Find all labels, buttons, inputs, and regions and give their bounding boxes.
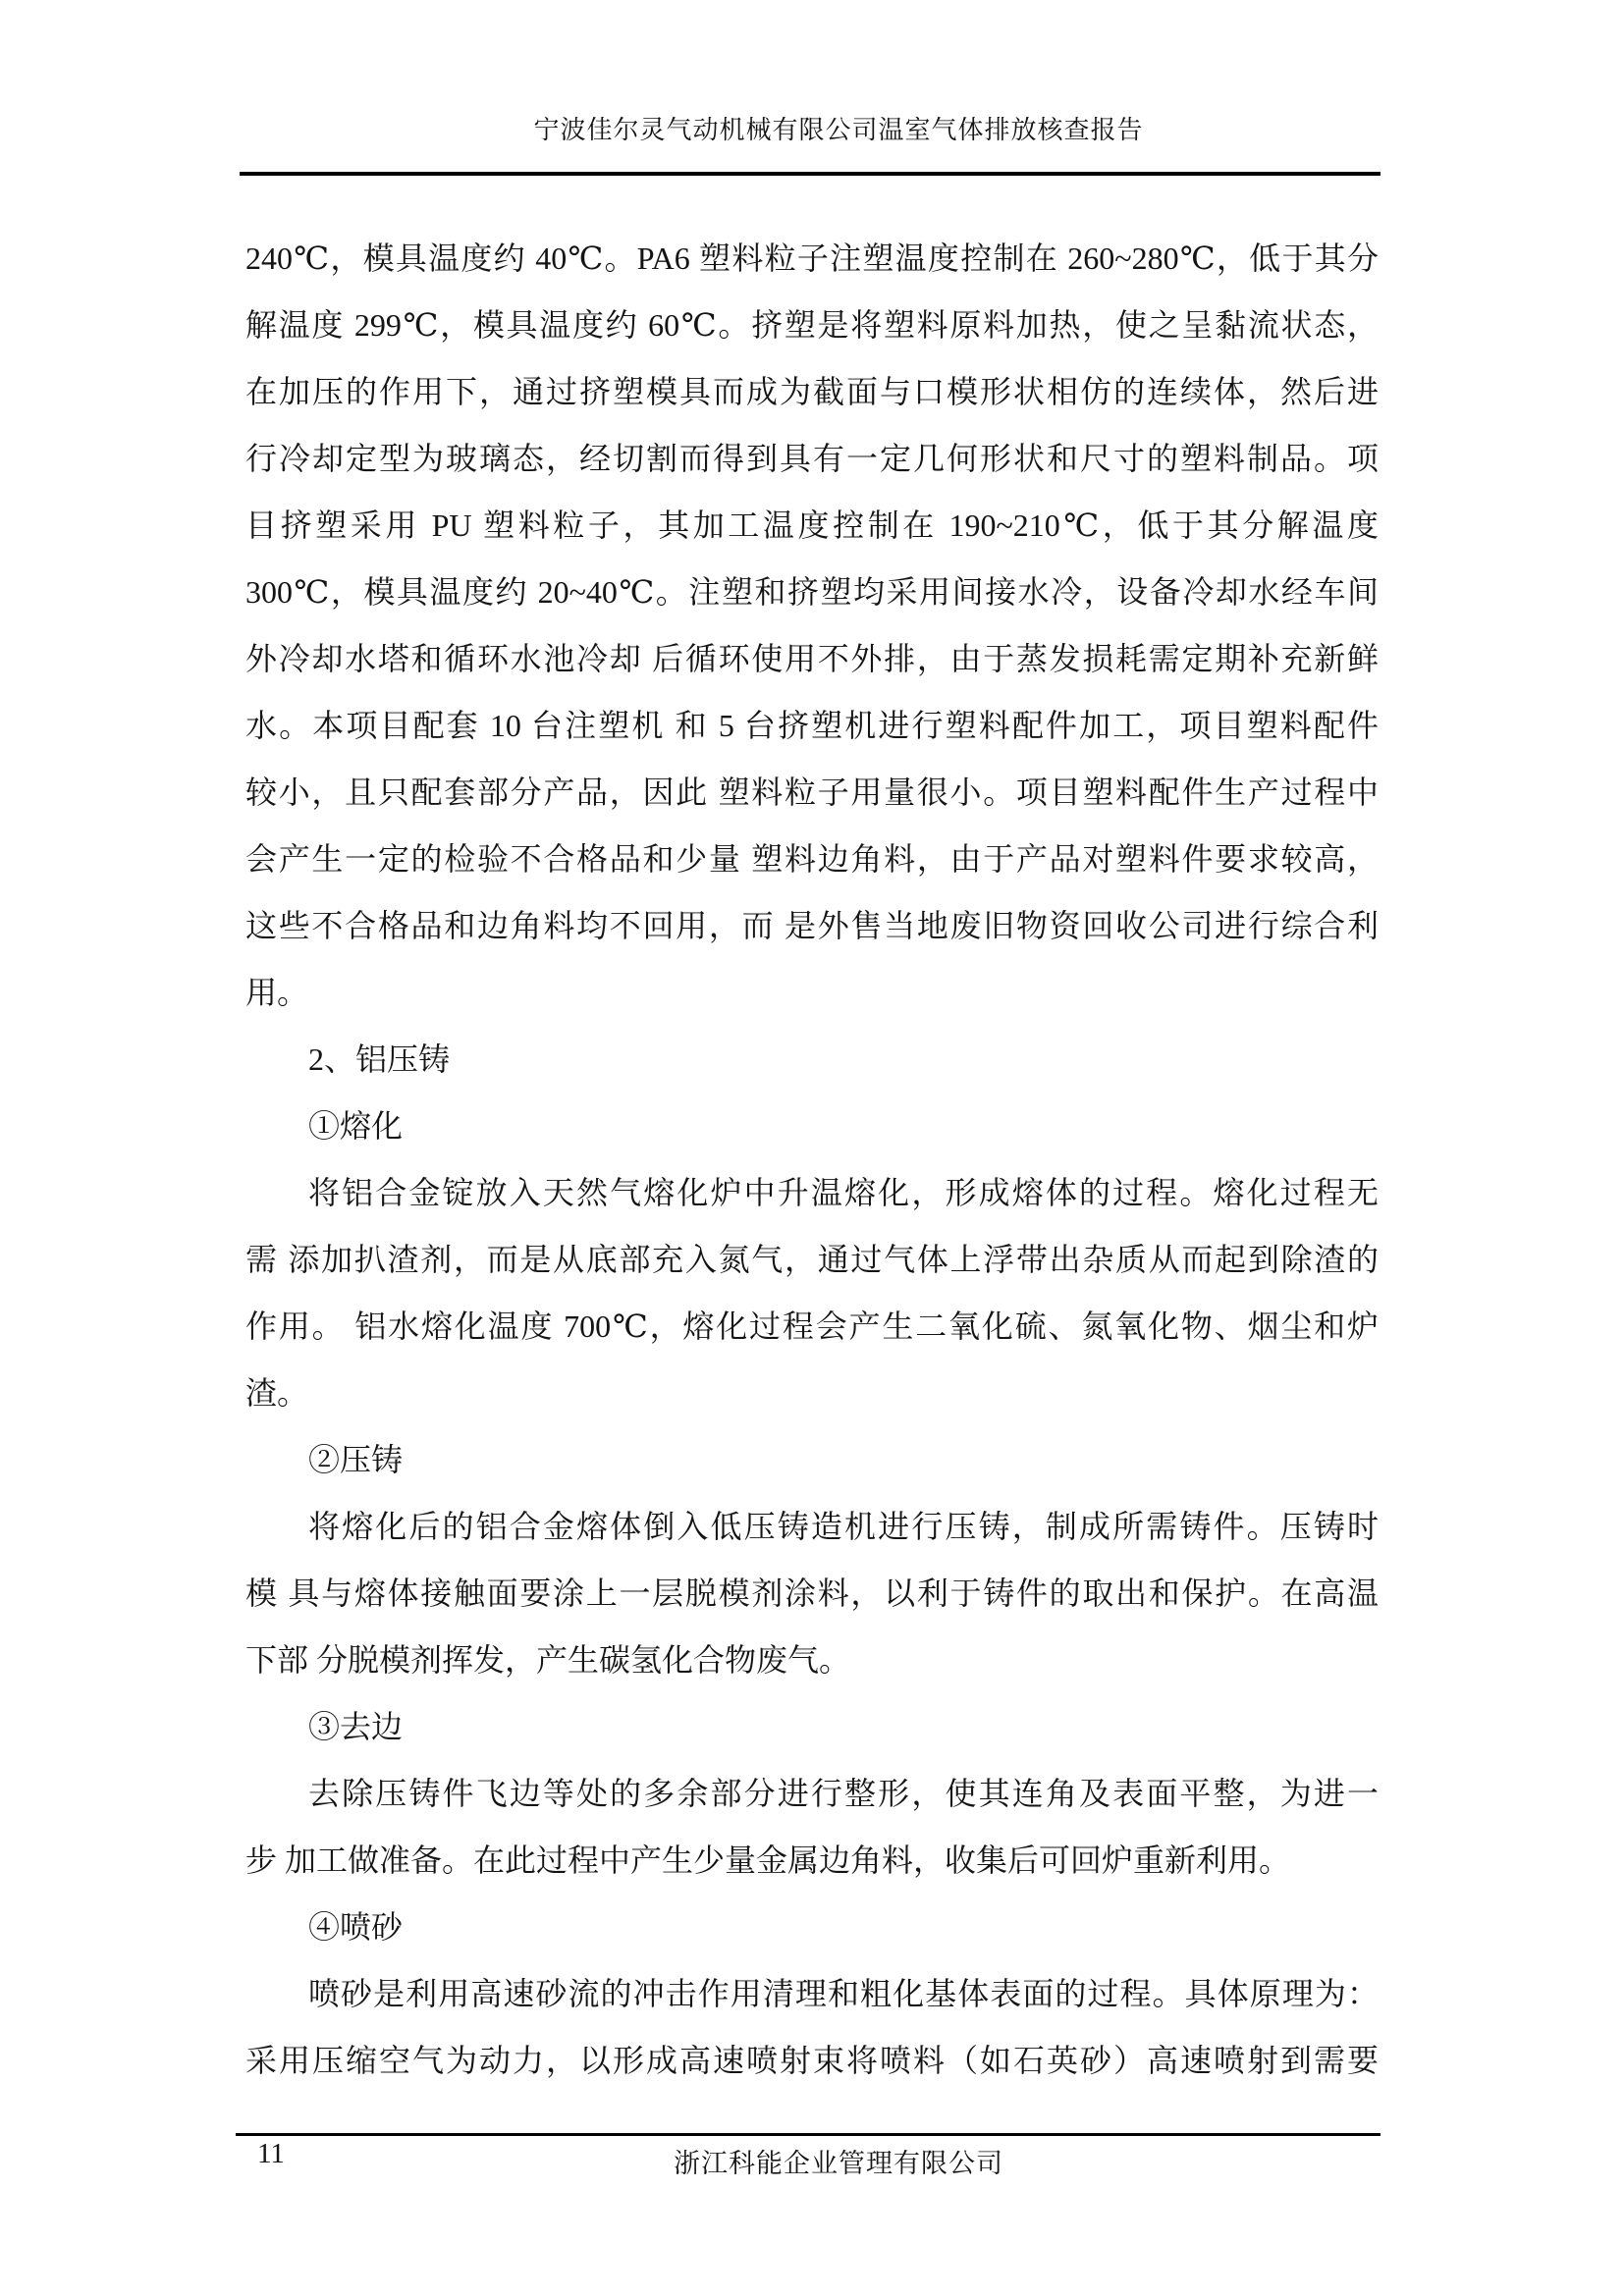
text-line: 用。 xyxy=(245,959,1379,1026)
text-line: 水。本项目配套 10 台注塑机 和 5 台挤塑机进行塑料配件加工，项目塑料配件 xyxy=(245,692,1379,759)
text-line: 步 加工做准备。在此过程中产生少量金属边角料，收集后可回炉重新利用。 xyxy=(245,1827,1379,1894)
text-line: 将铝合金锭放入天然气熔化炉中升温熔化，形成熔体的过程。熔化过程无 xyxy=(245,1159,1379,1226)
text-line: 将熔化后的铝合金熔体倒入低压铸造机进行压铸，制成所需铸件。压铸时 xyxy=(245,1493,1379,1560)
text-line: ③去边 xyxy=(245,1693,1379,1760)
body-text: 240℃，模具温度约 40℃。PA6 塑料粒子注塑温度控制在 260~280℃，… xyxy=(245,225,1379,2094)
text-line: 作用。 铝水熔化温度 700℃，熔化过程会产生二氧化硫、氮氧化物、烟尘和炉 xyxy=(245,1293,1379,1360)
text-line: 较小，且只配套部分产品，因此 塑料粒子用量很小。项目塑料配件生产过程中 xyxy=(245,759,1379,826)
text-line: 采用压缩空气为动力，以形成高速喷射束将喷料（如石英砂）高速喷射到需要 xyxy=(245,2027,1379,2094)
text-line: 2、铝压铸 xyxy=(245,1026,1379,1093)
header-title: 宁波佳尔灵气动机械有限公司温室气体排放核查报告 xyxy=(53,110,1624,146)
text-line: ②压铸 xyxy=(245,1426,1379,1493)
text-line: 300℃，模具温度约 20~40℃。注塑和挤塑均采用间接水冷，设备冷却水经车间 xyxy=(245,559,1379,625)
text-line: 240℃，模具温度约 40℃。PA6 塑料粒子注塑温度控制在 260~280℃，… xyxy=(245,225,1379,292)
text-line: 需 添加扒渣剂，而是从底部充入氮气，通过气体上浮带出杂质从而起到除渣的 xyxy=(245,1226,1379,1293)
text-line: 目挤塑采用 PU 塑料粒子，其加工温度控制在 190~210℃，低于其分解温度 xyxy=(245,492,1379,559)
text-line: 下部 分脱模剂挥发，产生碳氢化合物废气。 xyxy=(245,1627,1379,1693)
document-page: 宁波佳尔灵气动机械有限公司温室气体排放核查报告 240℃，模具温度约 40℃。P… xyxy=(0,0,1624,2296)
text-line: 喷砂是利用高速砂流的冲击作用清理和粗化基体表面的过程。具体原理为： xyxy=(245,1960,1379,2027)
text-line: 渣。 xyxy=(245,1360,1379,1426)
header-rule xyxy=(240,172,1380,176)
text-line: 会产生一定的检验不合格品和少量 塑料边角料，由于产品对塑料件要求较高， xyxy=(245,826,1379,892)
footer-company-name: 浙江科能企业管理有限公司 xyxy=(53,2142,1624,2180)
text-line: 这些不合格品和边角料均不回用，而 是外售当地废旧物资回收公司进行综合利 xyxy=(245,892,1379,959)
text-line: 去除压铸件飞边等处的多余部分进行整形，使其连角及表面平整，为进一 xyxy=(245,1760,1379,1827)
text-line: 行冷却定型为玻璃态，经切割而得到具有一定几何形状和尺寸的塑料制品。项 xyxy=(245,425,1379,492)
text-line: 模 具与熔体接触面要涂上一层脱模剂涂料，以利于铸件的取出和保护。在高温 xyxy=(245,1560,1379,1627)
text-line: ④喷砂 xyxy=(245,1894,1379,1960)
text-line: 外冷却水塔和循环水池冷却 后循环使用不外排，由于蒸发损耗需定期补充新鲜 xyxy=(245,625,1379,692)
text-line: 在加压的作用下，通过挤塑模具而成为截面与口模形状相仿的连续体，然后进 xyxy=(245,358,1379,425)
footer-rule xyxy=(236,2133,1380,2136)
text-line: 解温度 299℃，模具温度约 60℃。挤塑是将塑料原料加热，使之呈黏流状态， xyxy=(245,292,1379,358)
text-line: ①熔化 xyxy=(245,1093,1379,1159)
